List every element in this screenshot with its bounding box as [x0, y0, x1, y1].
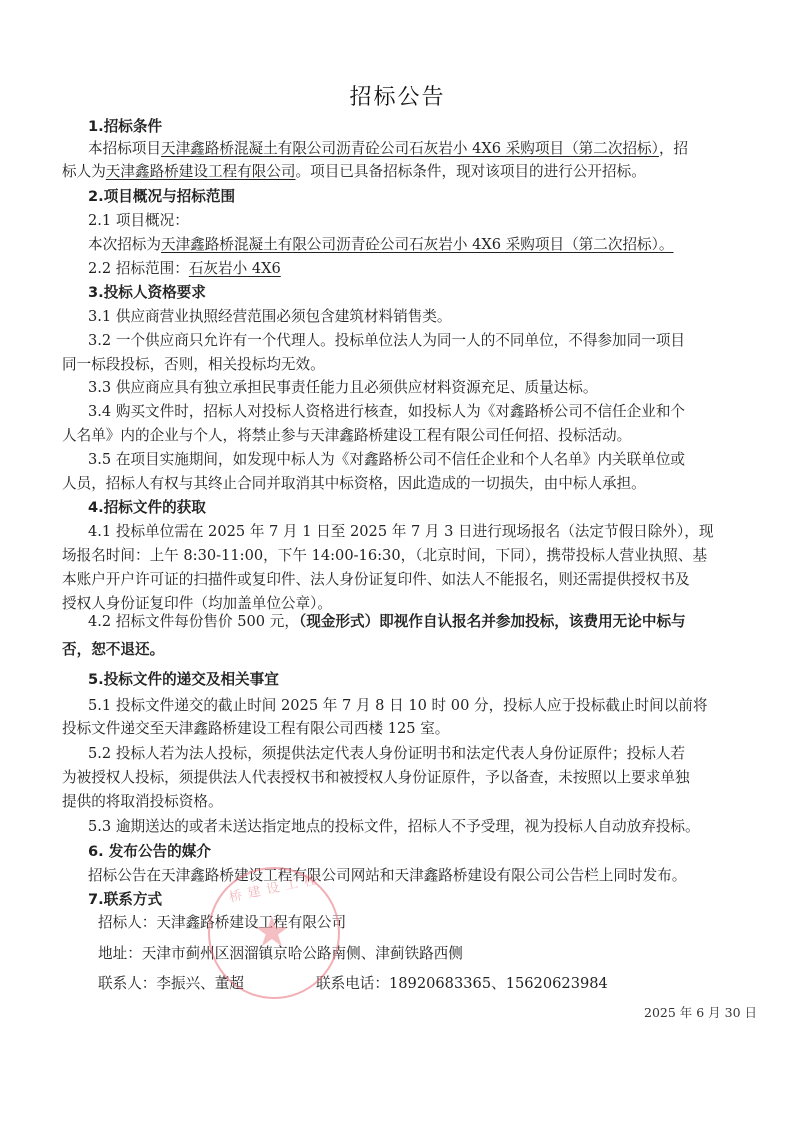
- text: ，招: [659, 140, 688, 157]
- project-name: 天津鑫路桥混凝土有限公司沥青砼公司石灰岩小 4X6 采购项目（第二次招标）。: [161, 236, 674, 253]
- section-1-paragraph-line-2: 标人为天津鑫路桥建设工程有限公司。项目已具备招标条件，现对该项目的进行公开招标。: [62, 162, 646, 182]
- project-name: 天津鑫路桥混凝土有限公司沥青砼公司石灰岩小 4X6 采购项目（第二次招标）: [161, 140, 659, 157]
- text: 标人为: [62, 163, 106, 180]
- section-3-heading: 3.投标人资格要求: [88, 283, 206, 303]
- page-title: 招标公告: [0, 80, 795, 111]
- section-3-item-1: 3.1 供应商营业执照经营范围必须包含建筑材料销售类。: [88, 307, 452, 327]
- section-1-paragraph-line-1: 本招标项目天津鑫路桥混凝土有限公司沥青砼公司石灰岩小 4X6 采购项目（第二次招…: [88, 139, 688, 159]
- section-4-item-1-line-4: 授权人身份证复印件（均加盖单位公章）。: [62, 594, 332, 614]
- section-3-item-4-line-1: 3.4 购买文件时，招标人对投标人资格进行核查，如投标人为《对鑫路桥公司不信任企…: [88, 402, 685, 422]
- text: 2.2 招标范围：: [88, 260, 189, 277]
- section-4-item-1-line-3: 本账户开户许可证的扫描件或复印件、法人身份证复印件、如法人不能报名，则还需提供授…: [62, 570, 690, 590]
- section-4-item-1-line-1: 4.1 投标单位需在 2025 年 7 月 1 日至 2025 年 7 月 3 …: [88, 522, 713, 542]
- section-4-item-1-line-2: 场报名时间：上午 8:30-11:00，下午 14:00-16:30，（北京时间…: [62, 546, 707, 566]
- section-7-heading: 7.联系方式: [88, 890, 162, 910]
- tenderer-name: 天津鑫路桥建设工程有限公司: [106, 163, 296, 180]
- section-2-1-text: 本次招标为天津鑫路桥混凝土有限公司沥青砼公司石灰岩小 4X6 采购项目（第二次招…: [88, 235, 674, 255]
- section-4-item-2-line-2: 否，恕不退还。: [62, 640, 164, 660]
- section-4-item-2-line-1: 4.2 招标文件每份售价 500 元，（现金形式）即视作自认报名并参加投标，该费…: [88, 612, 686, 632]
- section-5-heading: 5.投标文件的递交及相关事宜: [88, 670, 279, 690]
- section-3-item-3: 3.3 供应商应具有独立承担民事责任能力且必须供应材料资源充足、质量达标。: [88, 378, 597, 398]
- section-5-item-1-line-2: 投标文件递交至天津鑫路桥建设工程有限公司西楼 125 室。: [62, 719, 449, 739]
- section-5-item-1-line-1: 5.1 投标文件递交的截止时间 2025 年 7 月 8 日 10 时 00 分…: [88, 696, 708, 716]
- section-1-heading: 1.招标条件: [88, 117, 162, 137]
- section-6-heading: 6. 发布公告的媒介: [88, 842, 211, 862]
- section-5-item-2-line-2: 为被授权人投标，须提供法人代表授权书和被授权人身份证原件，予以备查，未按照以上要…: [62, 768, 690, 788]
- text: 本次招标为: [88, 236, 161, 253]
- text: 。项目已具备招标条件，现对该项目的进行公开招标。: [296, 163, 646, 180]
- section-2-heading: 2.项目概况与招标范围: [88, 187, 235, 207]
- scope-value: 石灰岩小 4X6: [189, 260, 281, 277]
- contact-phones: 联系电话：18920683365、15620623984: [316, 974, 608, 994]
- text: 4.2 招标文件每份售价 500 元，: [88, 613, 299, 630]
- contact-tenderer: 招标人：天津鑫路桥建设工程有限公司: [98, 913, 346, 933]
- text: 本招标项目: [88, 140, 161, 157]
- section-3-item-5-line-1: 3.5 在项目实施期间，如发现中标人为《对鑫路桥公司不信任企业和个人名单》内关联…: [88, 450, 685, 470]
- cash-note: （现金形式）即视作自认报名并参加投标，该费用无论中标与: [299, 613, 686, 630]
- contact-persons: 联系人：李振兴、董超: [98, 974, 244, 994]
- section-5-item-2-line-1: 5.2 投标人若为法人投标，须提供法定代表人身份证明书和法定代表人身份证原件；投…: [88, 744, 685, 764]
- section-3-item-5-line-2: 人员，招标人有权与其终止合同并取消其中标资格，因此造成的一切损失，由中标人承担。: [62, 474, 646, 494]
- contact-address: 地址：天津市蓟州区洇溜镇京哈公路南侧、津蓟铁路西侧: [98, 944, 463, 964]
- section-3-item-2-line-1: 3.2 一个供应商只允许有一个代理人。投标单位法人为同一人的不同单位，不得参加同…: [88, 331, 685, 351]
- section-2-1-label: 2.1 项目概况：: [88, 211, 189, 231]
- section-5-item-3: 5.3 逾期送达的或者未送达指定地点的投标文件，招标人不予受理，视为投标人自动放…: [88, 817, 700, 837]
- document-page: 招标公告 1.招标条件 本招标项目天津鑫路桥混凝土有限公司沥青砼公司石灰岩小 4…: [0, 0, 795, 1124]
- section-4-heading: 4.招标文件的获取: [88, 498, 206, 518]
- section-3-item-2-line-2: 同一标段投标，否则，相关投标均无效。: [62, 355, 325, 375]
- section-3-item-4-line-2: 人名单》内的企业与个人，将禁止参与天津鑫路桥建设工程有限公司任何招、投标活动。: [62, 426, 631, 446]
- section-5-item-2-line-3: 提供的将取消投标资格。: [62, 792, 223, 812]
- section-2-2: 2.2 招标范围：石灰岩小 4X6: [88, 259, 281, 279]
- section-6-text: 招标公告在天津鑫路桥建设工程有限公司网站和天津鑫路桥建设有限公司公告栏上同时发布…: [88, 866, 686, 886]
- document-date: 2025 年 6 月 30 日: [644, 1003, 757, 1021]
